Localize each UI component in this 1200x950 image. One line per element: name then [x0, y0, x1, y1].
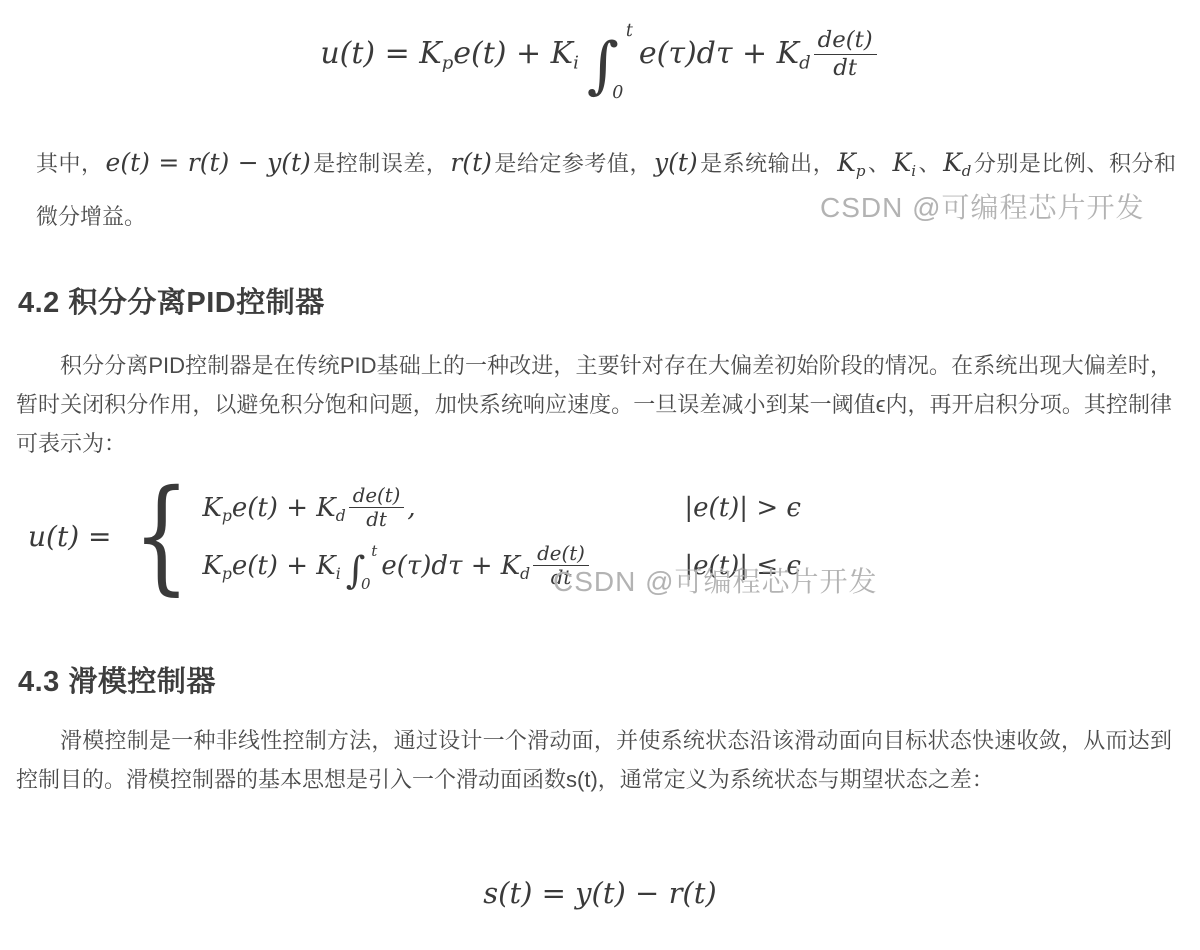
article-page: { "page": { "background": "#ffffff", "bo…	[0, 0, 1200, 950]
paragraph-text: 是控制误差，	[313, 151, 449, 176]
sliding-surface-formula: s(t) = y(t) − r(t)	[0, 876, 1200, 910]
inline-math: Kd	[943, 148, 971, 177]
inline-math: e(t) = r(t) − y(t)	[106, 148, 311, 177]
sliding-mode-paragraph: 滑模控制是一种非线性控制方法，通过设计一个滑动面，并使系统状态沿该滑动面向目标状…	[16, 721, 1172, 799]
inline-math: Kp	[837, 148, 865, 177]
section-heading-4-3: 4.3 滑模控制器	[18, 659, 216, 700]
inline-math: r(t)	[450, 148, 492, 177]
fraction: de(t)dt	[349, 485, 405, 531]
piecewise-condition: |e(t)| > ϵ	[684, 493, 801, 523]
pid-control-law-formula: u(t) = Kpe(t) + Ki∫t0e(τ)dτ + Kdde(t)dt	[0, 28, 1200, 93]
piecewise-lhs: u(t) =	[28, 520, 112, 553]
csdn-watermark-2: CSDN @可编程芯片开发	[553, 560, 878, 600]
paragraph-text: 是系统输出，	[700, 151, 836, 176]
section-heading-4-2: 4.2 积分分离PID控制器	[18, 280, 325, 321]
integral-separation-paragraph: 积分分离PID控制器是在传统PID基础上的一种改进，主要针对存在大偏差初始阶段的…	[16, 346, 1172, 463]
fraction: de(t)dt	[814, 28, 877, 80]
inline-math: y(t)	[654, 148, 698, 177]
csdn-watermark: CSDN @可编程芯片开发	[820, 186, 1145, 226]
paragraph-text: 其中，	[36, 151, 104, 176]
integral-sign: ∫t0	[587, 36, 633, 94]
integral-sign: ∫t0	[346, 551, 378, 588]
left-brace: {	[133, 484, 190, 589]
paragraph-text: 、	[868, 151, 891, 176]
paragraph-text: 、	[918, 151, 941, 176]
paragraph-text: 是给定参考值，	[494, 151, 652, 176]
piecewise-row: Kpe(t) + Kdde(t)dt,|e(t)| > ϵ	[202, 485, 801, 531]
inline-math: Ki	[893, 148, 917, 177]
piecewise-expression: Kpe(t) + Kdde(t)dt,	[202, 485, 684, 531]
